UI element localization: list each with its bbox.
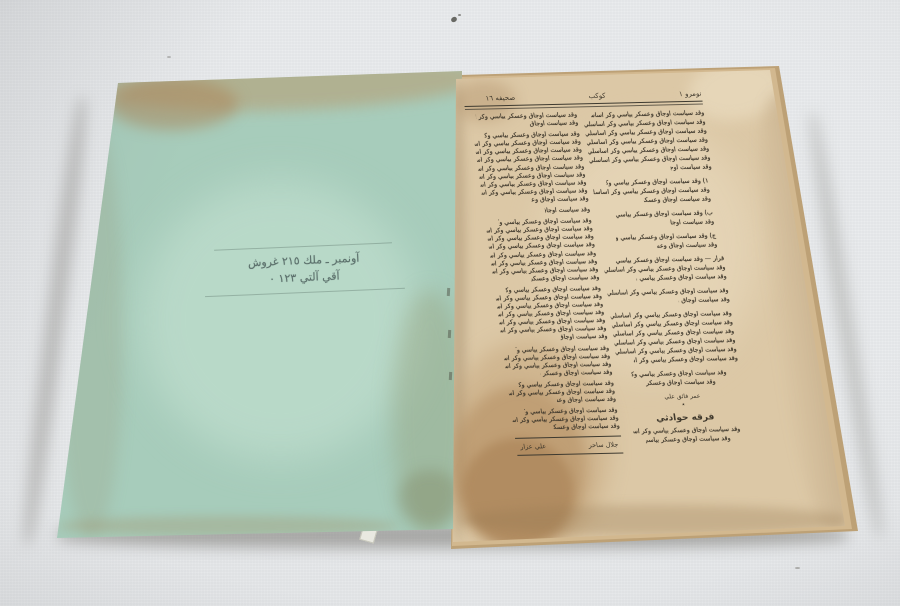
paragraph: وقد سياست اوجاق وعسكر بياسي وكر اساسلي و… (484, 206, 591, 216)
signature-box: جلال ساحرعلي عزار (515, 436, 623, 456)
cover-inscription: آونمبر ـ ملك ٢١٥ غروش آقي آلتي ١٢٣ ٠ (195, 241, 413, 297)
paragraph: وقد سياست اوجاق وعسكر بياسي وكر اساسلي و… (502, 344, 612, 379)
page-content: صحيفه ١٦ كوكب نومرو ١ وقد سياست اوجاق وع… (463, 90, 752, 466)
debris-speck (795, 567, 800, 569)
text-line: وقد سياست اوجاق وعسكر بياسي وكر اساسلي و… (540, 369, 613, 379)
paragraph: وقد سياست اوجاق وعسكر بياسي وكر اساسلي و… (610, 309, 738, 366)
header-page-number: صحيفه ١٦ (485, 94, 516, 104)
paragraph: وقد سياست اوجاق وعسكر بياسي وكر اساسلي و… (618, 368, 741, 389)
photo-scene: آونمبر ـ ملك ٢١٥ غروش آقي آلتي ١٢٣ ٠ صحي… (0, 0, 900, 606)
stitch-mark (448, 330, 451, 338)
text-line: وقد سياست اوجاق وعسكر بياسي وكر اساسلي و… (633, 354, 738, 365)
paragraph: وقد سياست اوجاق وعسكر بياسي وكر اساسلي و… (511, 407, 620, 434)
paragraph: وقد سياست اوجاق وعسكر بياسي وكر اساسلي و… (494, 285, 608, 344)
text-line: وقد سياست اوجاق وعسكر بياسي وكر اساسلي و… (556, 396, 616, 405)
text-line: وقد سياست اوجاق وعسكر بياسي وكر اساسلي و… (669, 217, 714, 227)
stitch-mark (447, 288, 450, 296)
section-heading: فرقه حوادثي (624, 412, 746, 425)
signature-right: جلال ساحر (588, 441, 619, 450)
paragraph: وقد سياست اوجاق وعسكر بياسي وكر اساسلي و… (607, 286, 730, 307)
list-item: ج) وقد سياست اوجاق وعسكر بياسي وكر اساسل… (599, 231, 722, 252)
stitch-mark (449, 372, 452, 380)
signature-left: علي عزار (520, 443, 547, 452)
paragraph: وقد سياست اوجاق وعسكر بياسي وكر اساسلي و… (583, 109, 713, 175)
cover-highlight (140, 180, 420, 460)
text-line: وقد سياست اوجاق وعسكر بياسي وكر اساسلي و… (531, 274, 600, 284)
header-issue-number: نومرو ١ (678, 90, 702, 99)
text-line: وقد سياست اوجاق وعسكر بياسي وكر اساسلي و… (560, 333, 608, 342)
text-line: وقد سياست اوجاق وعسكر بياسي وكر اساسلي و… (670, 162, 712, 172)
ornament-mark: ٭ (622, 400, 744, 411)
list-item: ١) وقد سياست اوجاق وعسكر بياسي وكر اساسل… (592, 176, 717, 206)
text-line: وقد سياست اوجاق وعسكر بياسي وكر اساسلي و… (643, 194, 711, 205)
text-line: وقد سياست اوجاق وعسكر بياسي وكر اساسلي و… (636, 272, 727, 283)
debris-speck (458, 14, 461, 16)
paragraph: وقد سياست اوجاق وعسكر بياسي وكر اساسلي و… (507, 380, 616, 407)
cover-stain-corner (108, 78, 238, 130)
text-line: وقد سياست اوجاق وعسكر بياسي وكر اساسلي و… (545, 206, 591, 215)
text-columns: وقد سياست اوجاق وعسكر بياسي وكر اساسلي و… (466, 109, 751, 457)
paragraph: وقد سياست اوجاق وعسكر بياسي وكر اساسلي و… (626, 425, 749, 446)
text-line: وقد سياست اوجاق وعسكر بياسي وكر اساسلي و… (678, 295, 730, 305)
cover-stain-spine-bottom (398, 470, 462, 526)
paragraph: وقد سياست اوجاق وعسكر بياسي وكر اساسلي و… (485, 217, 600, 284)
paragraph: قرار — وقد سياست اوجاق وعسكر بياسي وكر ا… (603, 254, 728, 284)
text-line: وقد سياست اوجاق وعسكر بياسي وكر اساسلي و… (531, 195, 589, 204)
text-line: وقد سياست اوجاق وعسكر بياسي وكر اساسلي و… (656, 240, 718, 250)
paragraph: وقد سياست اوجاق وعسكر بياسي وكر اساسلي و… (473, 131, 589, 206)
header-title: كوكب (588, 92, 606, 101)
debris-speck (167, 56, 171, 58)
list-item: ب) وقد سياست اوجاق وعسكر بياسي وكر اساسل… (596, 208, 719, 229)
text-line: وقد سياست اوجاق وعسكر بياسي وكر اساسلي و… (529, 119, 579, 128)
text-line: وقد سياست اوجاق وعسكر بياسي وكر اساسلي و… (645, 377, 716, 388)
text-line: وقد سياست اوجاق وعسكر بياسي وكر اساسلي و… (645, 434, 731, 445)
text-line: وقد سياست اوجاق وعسكر بياسي وكر اساسلي و… (554, 423, 621, 433)
paragraph: وقد سياست اوجاق وعسكر بياسي وكر اساسلي و… (471, 111, 579, 130)
